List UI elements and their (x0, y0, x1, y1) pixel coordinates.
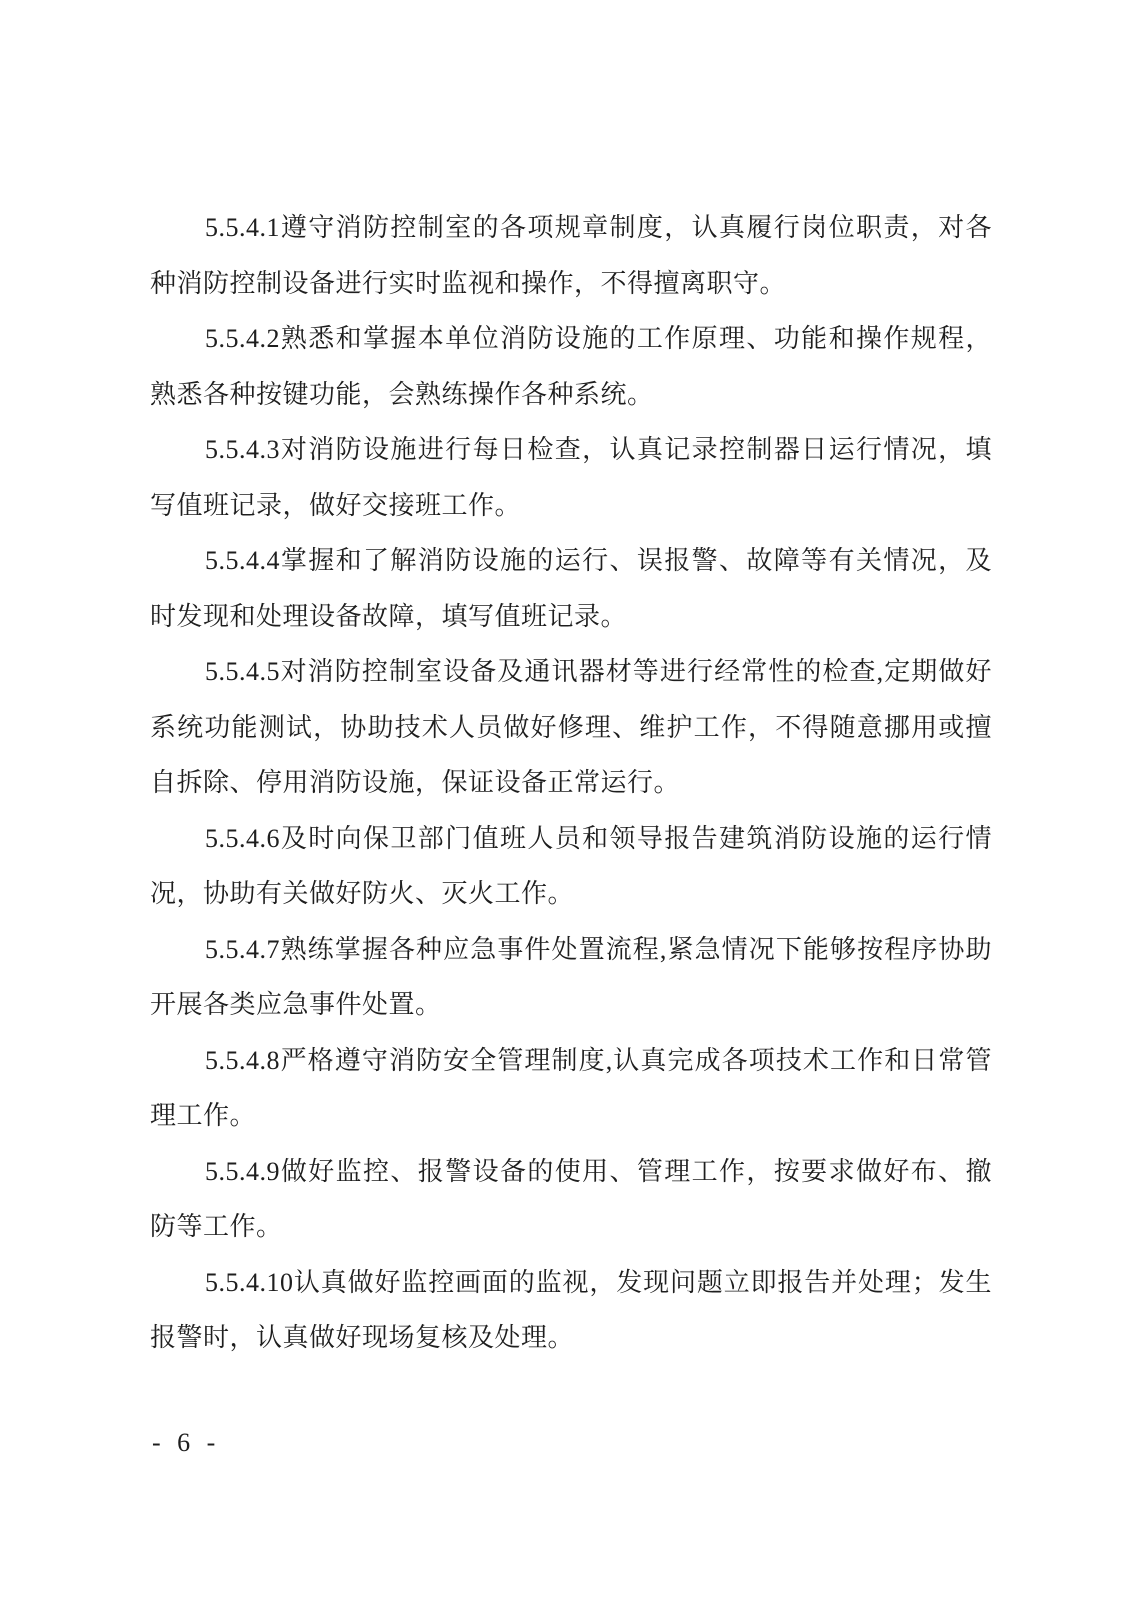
paragraph-5-5-4-1: 5.5.4.1遵守消防控制室的各项规章制度，认真履行岗位职责，对各种消防控制设备… (150, 200, 992, 311)
paragraph-5-5-4-9: 5.5.4.9做好监控、报警设备的使用、管理工作，按要求做好布、撤防等工作。 (150, 1144, 992, 1255)
page-number: - 6 - (152, 1428, 220, 1457)
page-footer: - 6 - (152, 1425, 220, 1461)
paragraph-5-5-4-2: 5.5.4.2熟悉和掌握本单位消防设施的工作原理、功能和操作规程，熟悉各种按键功… (150, 311, 992, 422)
paragraph-5-5-4-3: 5.5.4.3对消防设施进行每日检查，认真记录控制器日运行情况，填写值班记录，做… (150, 422, 992, 533)
paragraph-5-5-4-4: 5.5.4.4掌握和了解消防设施的运行、误报警、故障等有关情况，及时发现和处理设… (150, 533, 992, 644)
document-page: 5.5.4.1遵守消防控制室的各项规章制度，认真履行岗位职责，对各种消防控制设备… (0, 0, 1131, 1600)
paragraph-5-5-4-8: 5.5.4.8严格遵守消防安全管理制度,认真完成各项技术工作和日常管理工作。 (150, 1033, 992, 1144)
paragraph-5-5-4-6: 5.5.4.6及时向保卫部门值班人员和领导报告建筑消防设施的运行情况，协助有关做… (150, 811, 992, 922)
paragraph-5-5-4-10: 5.5.4.10认真做好监控画面的监视，发现问题立即报告并处理；发生报警时，认真… (150, 1255, 992, 1366)
paragraph-5-5-4-7: 5.5.4.7熟练掌握各种应急事件处置流程,紧急情况下能够按程序协助开展各类应急… (150, 922, 992, 1033)
paragraph-5-5-4-5: 5.5.4.5对消防控制室设备及通讯器材等进行经常性的检查,定期做好系统功能测试… (150, 644, 992, 811)
document-body: 5.5.4.1遵守消防控制室的各项规章制度，认真履行岗位职责，对各种消防控制设备… (150, 200, 992, 1366)
